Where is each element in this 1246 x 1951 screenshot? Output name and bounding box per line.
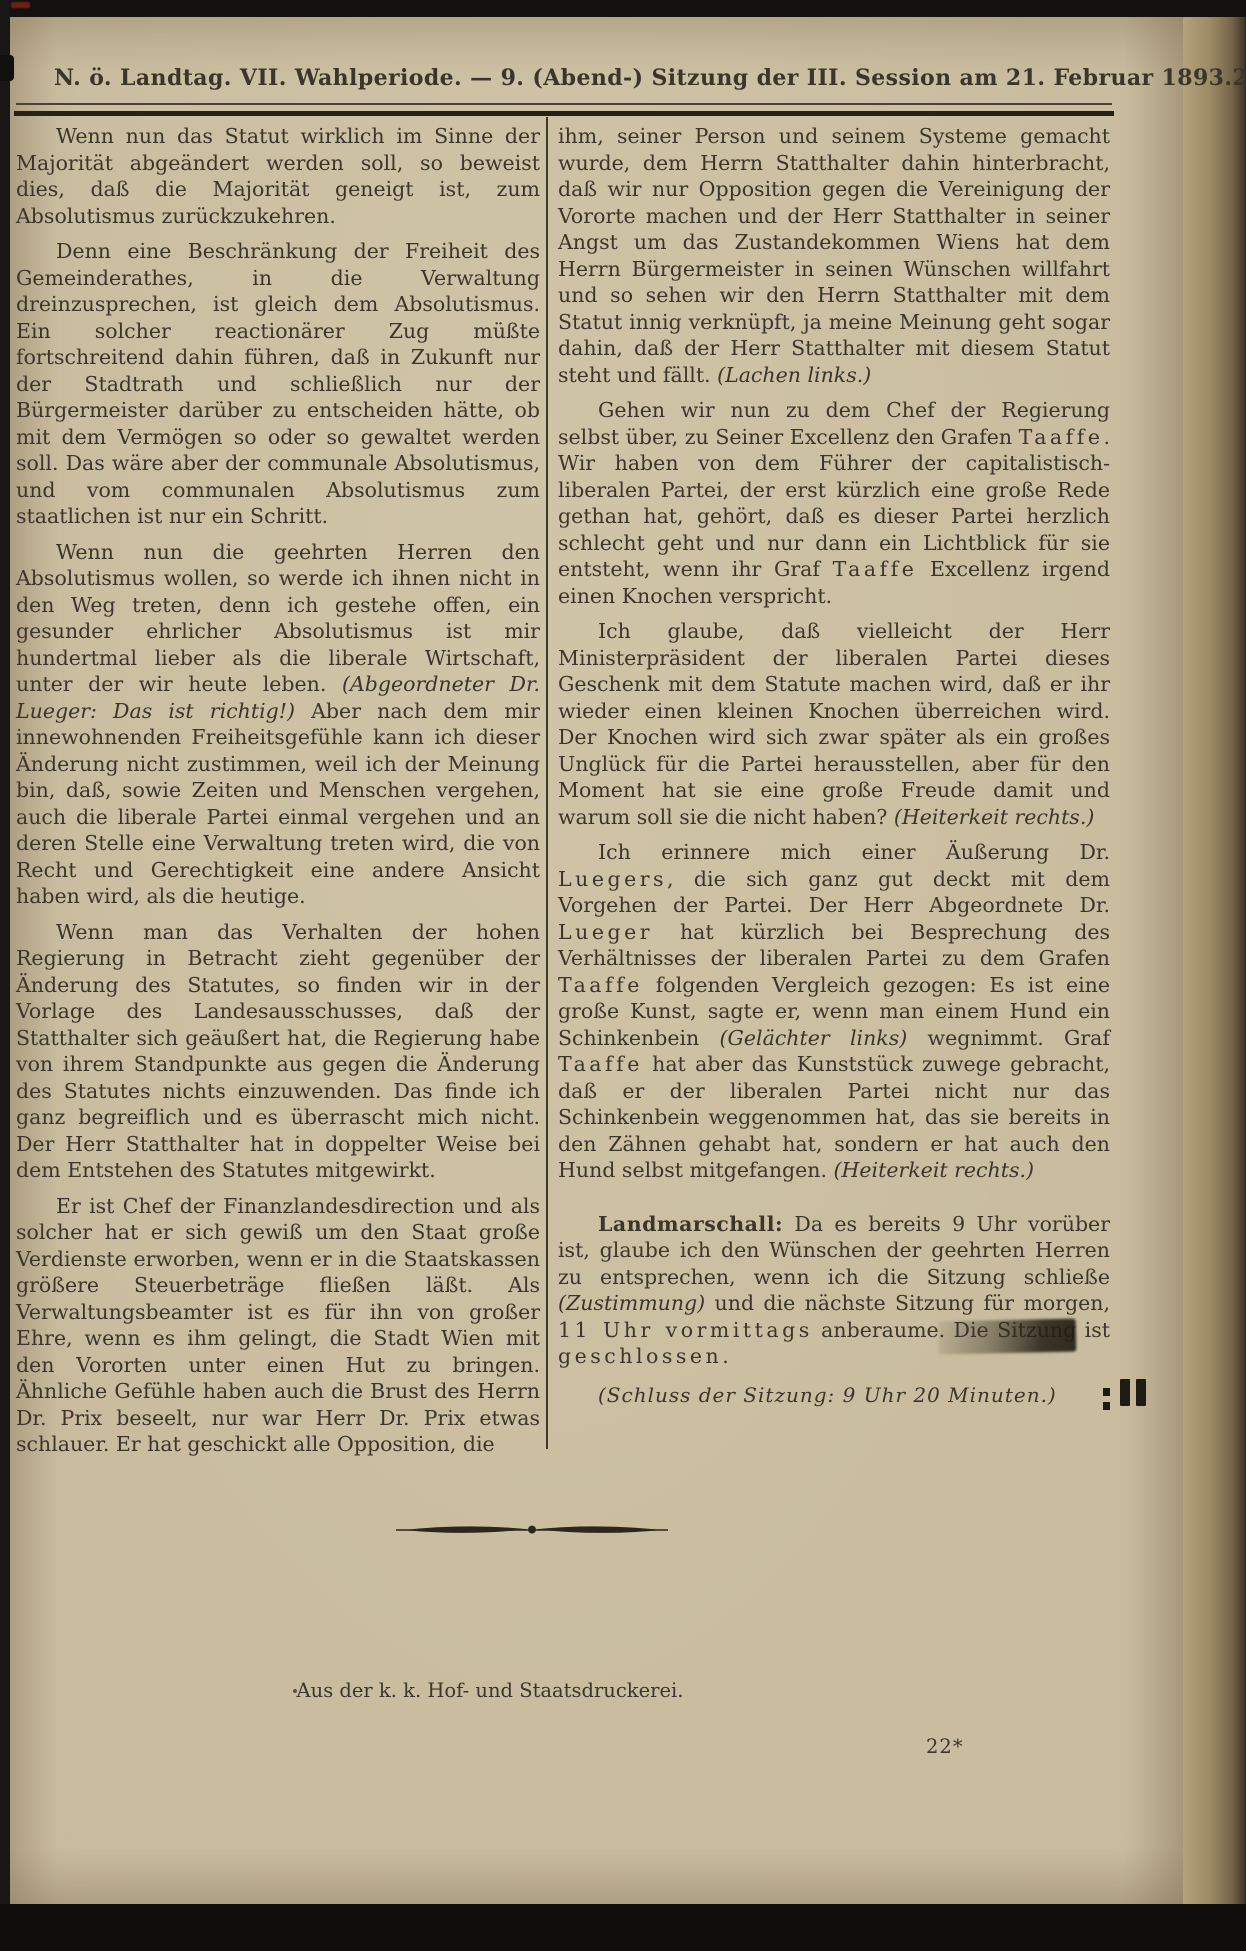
paragraph: ihm, seiner Person und seinem Systeme ge… [558, 123, 1110, 388]
scan-artifact-red-mark [11, 2, 30, 8]
closing-line: (Schluss der Sitzung: 9 Uhr 20 Minuten.) [558, 1379, 1110, 1413]
paragraph: Gehen wir nun zu dem Chef der Regierung … [558, 397, 1110, 609]
scan-edge-top [0, 0, 1246, 17]
scan-speck [293, 1689, 297, 1693]
book-page-edge [1180, 17, 1246, 1904]
imprint-line: Aus der k. k. Hof- und Staatsdruckerei. [250, 1679, 730, 1702]
header-rule-thin [16, 103, 1112, 105]
page-header: N. ö. Landtag. VII. Wahlperiode. — 9. (A… [54, 65, 1104, 91]
paragraph: Denn eine Beschränkung der Freiheit des … [16, 238, 540, 530]
document-page: N. ö. Landtag. VII. Wahlperiode. — 9. (A… [10, 17, 1183, 1904]
page-number: 207 [1232, 65, 1246, 91]
ink-smudge [938, 1319, 1077, 1355]
header-title: N. ö. Landtag. VII. Wahlperiode. — 9. (A… [54, 65, 1232, 91]
closing-text: (Schluss der Sitzung: 9 Uhr 20 Minuten.) [598, 1383, 1057, 1407]
sheet-signature: 22* [926, 1735, 964, 1758]
paragraph: Ich glaube, daß vielleicht der Herr Mini… [558, 618, 1110, 830]
paragraph: Wenn nun das Statut wirklich im Sinne de… [16, 123, 540, 229]
divider-ornament [396, 1522, 668, 1538]
printer-ink-marks [1063, 1379, 1146, 1413]
paragraph: Wenn man das Verhalten der hohen Regieru… [16, 919, 540, 1184]
header-rule-thick [14, 111, 1114, 116]
paragraph: Wenn nun die geehrten Herren den Absolut… [16, 539, 540, 910]
right-column: ihm, seiner Person und seinem Systeme ge… [558, 123, 1110, 1421]
column-divider-rule [546, 117, 548, 1449]
scan-edge-bottom [0, 1904, 1246, 1951]
left-column: Wenn nun das Statut wirklich im Sinne de… [16, 123, 540, 1467]
scan-edge-left [0, 0, 10, 1951]
scan-edge-notch [0, 55, 14, 81]
paragraph: Er ist Chef der Finanzlandesdirection un… [16, 1193, 540, 1458]
paragraph: Ich erinnere mich einer Äußerung Dr. Lue… [558, 839, 1110, 1184]
